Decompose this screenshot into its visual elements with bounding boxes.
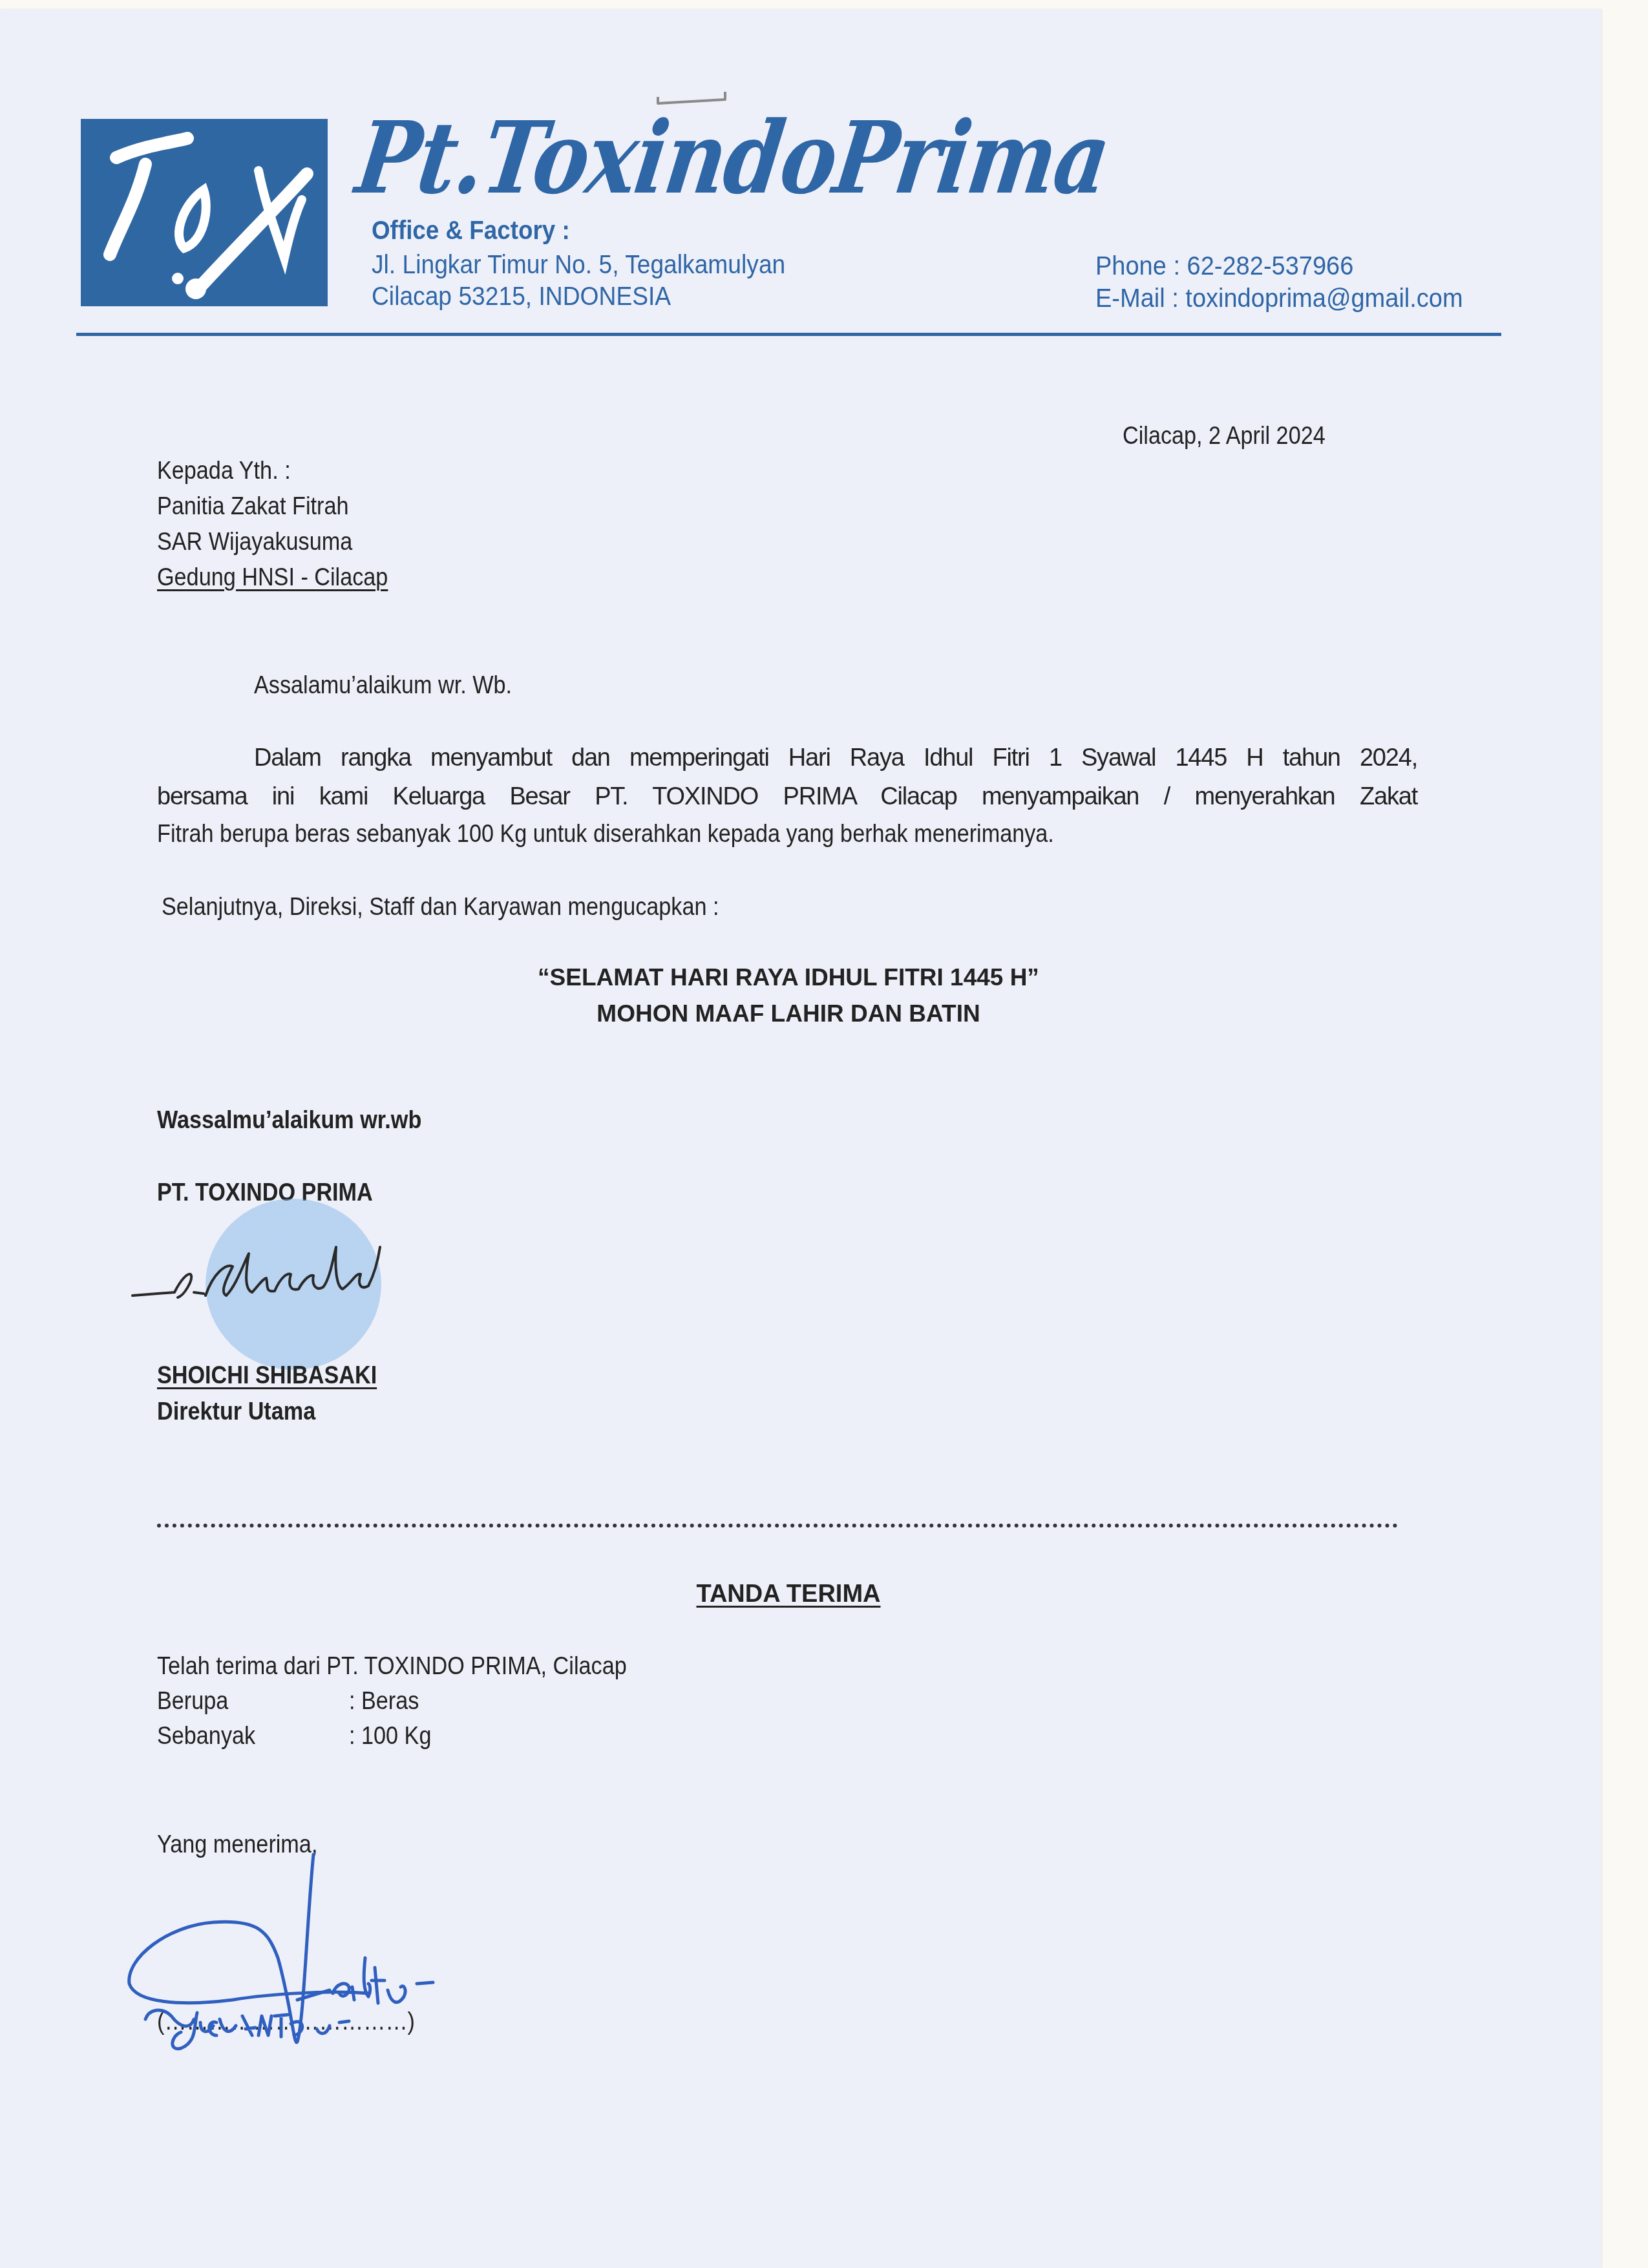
paragraph-line-2: bersama ini kami Keluarga Besar PT. TOXI… [157,784,1417,809]
receipt-field-label-amount: Sebanyak [157,1724,255,1748]
receipt-received-from: Telah terima dari PT. TOXINDO PRIMA, Cil… [157,1654,627,1679]
phone-number: Phone : 62-282-537966 [1095,252,1353,281]
recipient-line-4: Gedung HNSI - Cilacap [157,565,388,590]
paragraph-line-1: Dalam rangka menyambut dan memperingati … [254,746,1417,770]
tox-logo-icon [81,119,328,306]
receipt-field-value-type: : Beras [349,1689,419,1714]
company-signature-label: PT. TOXINDO PRIMA [157,1181,373,1205]
receipt-title: TANDA TERIMA [0,1582,1577,1606]
receiver-signature [110,1854,485,2068]
office-label: Office & Factory : [372,216,570,246]
letter-date: Cilacap, 2 April 2024 [1123,424,1326,448]
email-address[interactable]: E-Mail : toxindoprima@gmail.com [1095,284,1463,313]
greeting-banner-line-2: MOHON MAAF LAHIR DAN BATIN [0,1002,1577,1025]
followup-text: Selanjutnya, Direksi, Staff dan Karyawan… [162,895,719,919]
company-script-title: Pt.ToxindoPrima [351,109,1114,208]
receipt-field-label-type: Berupa [157,1689,228,1714]
address-line-1: Jl. Lingkar Timur No. 5, Tegalkamulyan [372,251,785,280]
header-divider [76,333,1501,336]
address-line-2: Cilacap 53215, INDONESIA [372,282,671,311]
receipt-field-value-amount: : 100 Kg [349,1724,431,1748]
opening-greeting: Assalamu’alaikum wr. Wb. [254,673,512,698]
signer-title: Direktur Utama [157,1400,315,1424]
recipient-line-1: Kepada Yth. : [157,459,291,483]
receiver-label: Yang menerima, [157,1832,317,1857]
closing-salutation: Wassalmu’alaikum wr.wb [157,1108,421,1133]
cut-line-divider [157,1524,1398,1528]
greeting-banner-line-1: “SELAMAT HARI RAYA IDHUL FITRI 1445 H” [0,965,1577,989]
director-signature [129,1228,414,1331]
signer-name: SHOICHI SHIBASAKI [157,1363,377,1388]
recipient-line-3: SAR Wijayakusuma [157,530,352,554]
recipient-line-2: Panitia Zakat Fitrah [157,494,349,519]
company-logo [81,119,328,306]
paragraph-line-3: Fitrah berupa beras sebanyak 100 Kg untu… [157,822,1054,846]
